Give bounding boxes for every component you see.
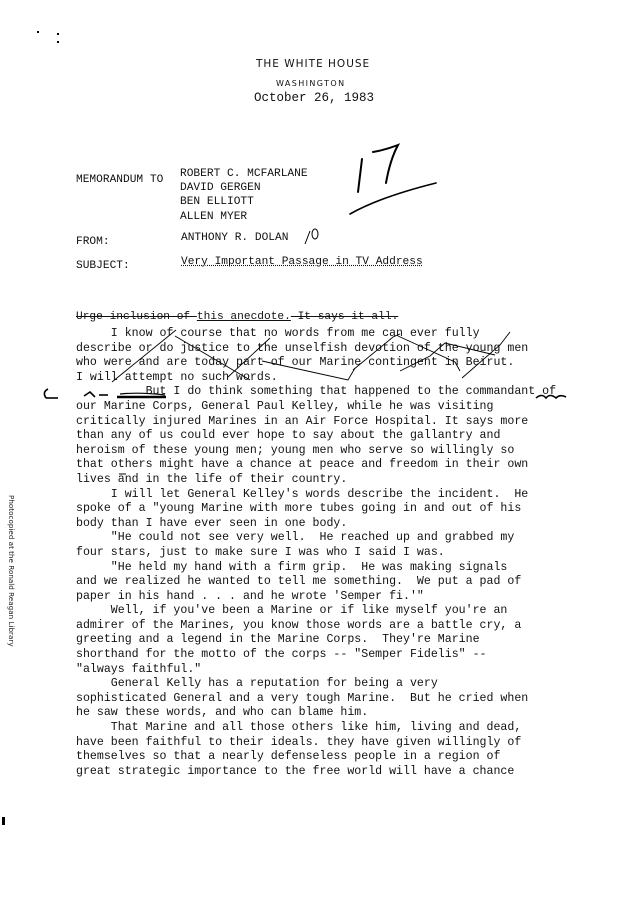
memo-page: THE WHITE HOUSE WASHINGTON October 26, 1…	[0, 0, 635, 900]
body-line: body than I have ever seen in one body.	[76, 517, 556, 532]
from-label: FROM:	[76, 235, 110, 250]
body-line: I will let General Kelley's words descri…	[76, 488, 556, 503]
body-line: admirer of the Marines, you know those w…	[76, 619, 556, 634]
memo-body: I know of course that no words from me c…	[76, 327, 556, 779]
subject-label: SUBJECT:	[76, 259, 130, 274]
body-line: lives and in the life of their country.	[76, 473, 556, 488]
struck-instruction: Urge inclusion of this anecdote. It says…	[76, 310, 398, 325]
body-line: paper in his hand . . . and he wrote 'Se…	[76, 590, 556, 605]
handwritten-number-17	[350, 145, 436, 214]
body-line: "He could not see very well. He reached …	[76, 531, 556, 546]
underlined-text: this anecdote.	[197, 311, 291, 323]
recipient: ROBERT C. MCFARLANE	[180, 167, 308, 181]
recipient: BEN ELLIOTT	[180, 195, 308, 209]
body-line: spoke of a "young Marine with more tubes…	[76, 502, 556, 517]
body-line: four stars, just to make sure I was who …	[76, 546, 556, 561]
body-line: That Marine and all those others like hi…	[76, 721, 556, 736]
speck	[57, 41, 59, 43]
memo-to-label: MEMORANDUM TO	[76, 173, 163, 188]
body-line: "always faithful."	[76, 663, 556, 678]
body-line: heroism of these young men; young men wh…	[76, 444, 556, 459]
recipient-list: ROBERT C. MCFARLANE DAVID GERGEN BEN ELL…	[180, 167, 308, 224]
body-line: and we realized he wanted to tell me som…	[76, 575, 556, 590]
body-line: shorthand for the motto of the corps -- …	[76, 648, 556, 663]
body-line: themselves so that a nearly defenseless …	[76, 750, 556, 765]
letterhead-city: WASHINGTON	[276, 79, 345, 88]
body-line: sophisticated General and a very tough M…	[76, 692, 556, 707]
body-line: great strategic importance to the free w…	[76, 765, 556, 780]
recipient: DAVID GERGEN	[180, 181, 308, 195]
body-line: have been faithful to their ideals. they…	[76, 736, 556, 751]
letterhead-title: THE WHITE HOUSE	[256, 58, 370, 70]
speck	[37, 31, 39, 33]
body-line: Well, if you've been a Marine or if like…	[76, 604, 556, 619]
body-line: describe or do justice to the unselfish …	[76, 342, 556, 357]
subject-value: Very Important Passage in TV Address	[181, 255, 423, 270]
body-line: that others might have a chance at peace…	[76, 458, 556, 473]
body-line: critically injured Marines in an Air For…	[76, 415, 556, 430]
handwritten-annotation-10	[305, 229, 318, 244]
body-line: our Marine Corps, General Paul Kelley, w…	[76, 400, 556, 415]
memo-date: October 26, 1983	[254, 91, 374, 105]
margin-mark	[2, 817, 5, 825]
body-line: than any of us could ever hope to say ab…	[76, 429, 556, 444]
body-line: "He held my hand with a firm grip. He wa…	[76, 561, 556, 576]
body-line: But I do think something that happened t…	[76, 385, 556, 400]
speck	[57, 33, 59, 35]
archive-stamp: Photocopied at the Ronald Reagan Library	[7, 495, 16, 647]
from-value: ANTHONY R. DOLAN	[181, 231, 288, 246]
body-line: greeting and a legend in the Marine Corp…	[76, 633, 556, 648]
body-line: I will attempt no such words.	[76, 371, 556, 386]
struck-text: It says it all.	[291, 311, 398, 323]
struck-text: Urge inclusion of	[76, 311, 197, 323]
body-line: I know of course that no words from me c…	[76, 327, 556, 342]
recipient: ALLEN MYER	[180, 210, 308, 224]
body-line: who were and are today part of our Marin…	[76, 356, 556, 371]
body-line: he saw these words, and who can blame hi…	[76, 706, 556, 721]
body-line: General Kelly has a reputation for being…	[76, 677, 556, 692]
